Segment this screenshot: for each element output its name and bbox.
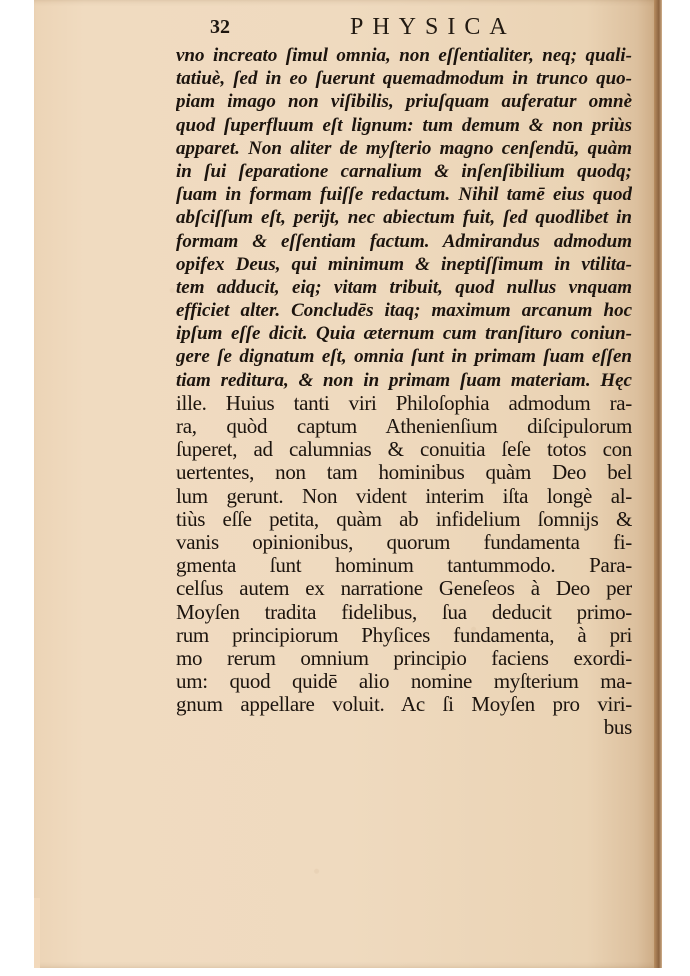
catchword: bus xyxy=(176,716,632,739)
text-line: vno increato ſimul omnia, non eſſentiali… xyxy=(176,44,632,67)
text-line: gere ſe dignatum eſt, omnia ſunt in prim… xyxy=(176,345,632,368)
text-line: Moyſen tradita fidelibus, ſua deducit pr… xyxy=(176,601,632,624)
text-line: gmenta ſunt hominum tantummodo. Para- xyxy=(176,554,632,577)
text-line: uertentes, non tam hominibus quàm Deo be… xyxy=(176,461,632,484)
text-line: opifex Deus, qui minimum & ineptiſſimum … xyxy=(176,253,632,276)
text-line: ille. Huius tanti viri Philoſophia admod… xyxy=(176,392,632,415)
text-line: tiam reditura, & non in primam ſuam mate… xyxy=(176,369,632,392)
text-line: ſuam in formam fuiſſe redactum. Nihil ta… xyxy=(176,183,632,206)
text-line: gnum appellare voluit. Ac ſi Moyſen pro … xyxy=(176,693,632,716)
text-line: um: quod quidē alio nomine myſterium ma- xyxy=(176,670,632,693)
text-line: apparet. Non aliter de myſterio magno ce… xyxy=(176,137,632,160)
text-line: ra, quòd captum Athenienſium diſcipuloru… xyxy=(176,415,632,438)
text-line: ſuperet, ad calumnias & conuitia ſeſe to… xyxy=(176,438,632,461)
text-line: piam imago non viſibilis, priuſquam aufe… xyxy=(176,90,632,113)
page-fold-edge xyxy=(34,898,40,968)
text-line: abſciſſum eſt, perijt, nec abiectum fuit… xyxy=(176,206,632,229)
text-line: rum principiorum Phyſices fundamenta, à … xyxy=(176,624,632,647)
text-line: tatiuè, ſed in eo ſuerunt quemadmodum in… xyxy=(176,67,632,90)
text-line: quod ſuperfluum eſt lignum: tum demum & … xyxy=(176,114,632,137)
text-line: lum gerunt. Non vident interim iſta long… xyxy=(176,485,632,508)
text-line: vanis opinionibus, quorum fundamenta fi- xyxy=(176,531,632,554)
page-number: 32 xyxy=(210,16,230,39)
page-spine-edge xyxy=(654,0,662,968)
page-header: 32 PHYSICA xyxy=(210,14,670,42)
text-line: formam & eſſentiam factum. Admirandus ad… xyxy=(176,230,632,253)
body-text: vno increato ſimul omnia, non eſſentiali… xyxy=(176,44,632,740)
text-line: in ſui ſeparatione carnalium & inſenſibi… xyxy=(176,160,632,183)
running-title: PHYSICA xyxy=(350,14,516,41)
text-line: celſus autem ex narratione Geneſeos à De… xyxy=(176,577,632,600)
text-line: ipſum eſſe dicit. Quia æternum cum tranſ… xyxy=(176,322,632,345)
text-line: efficiet alter. Concludēs itaq; maximum … xyxy=(176,299,632,322)
text-line: tem adducit, eiq; vitam tribuit, quod nu… xyxy=(176,276,632,299)
text-line: mo rerum omnium principio faciens exordi… xyxy=(176,647,632,670)
text-line: tiùs eſſe petita, quàm ab infidelium ſom… xyxy=(176,508,632,531)
